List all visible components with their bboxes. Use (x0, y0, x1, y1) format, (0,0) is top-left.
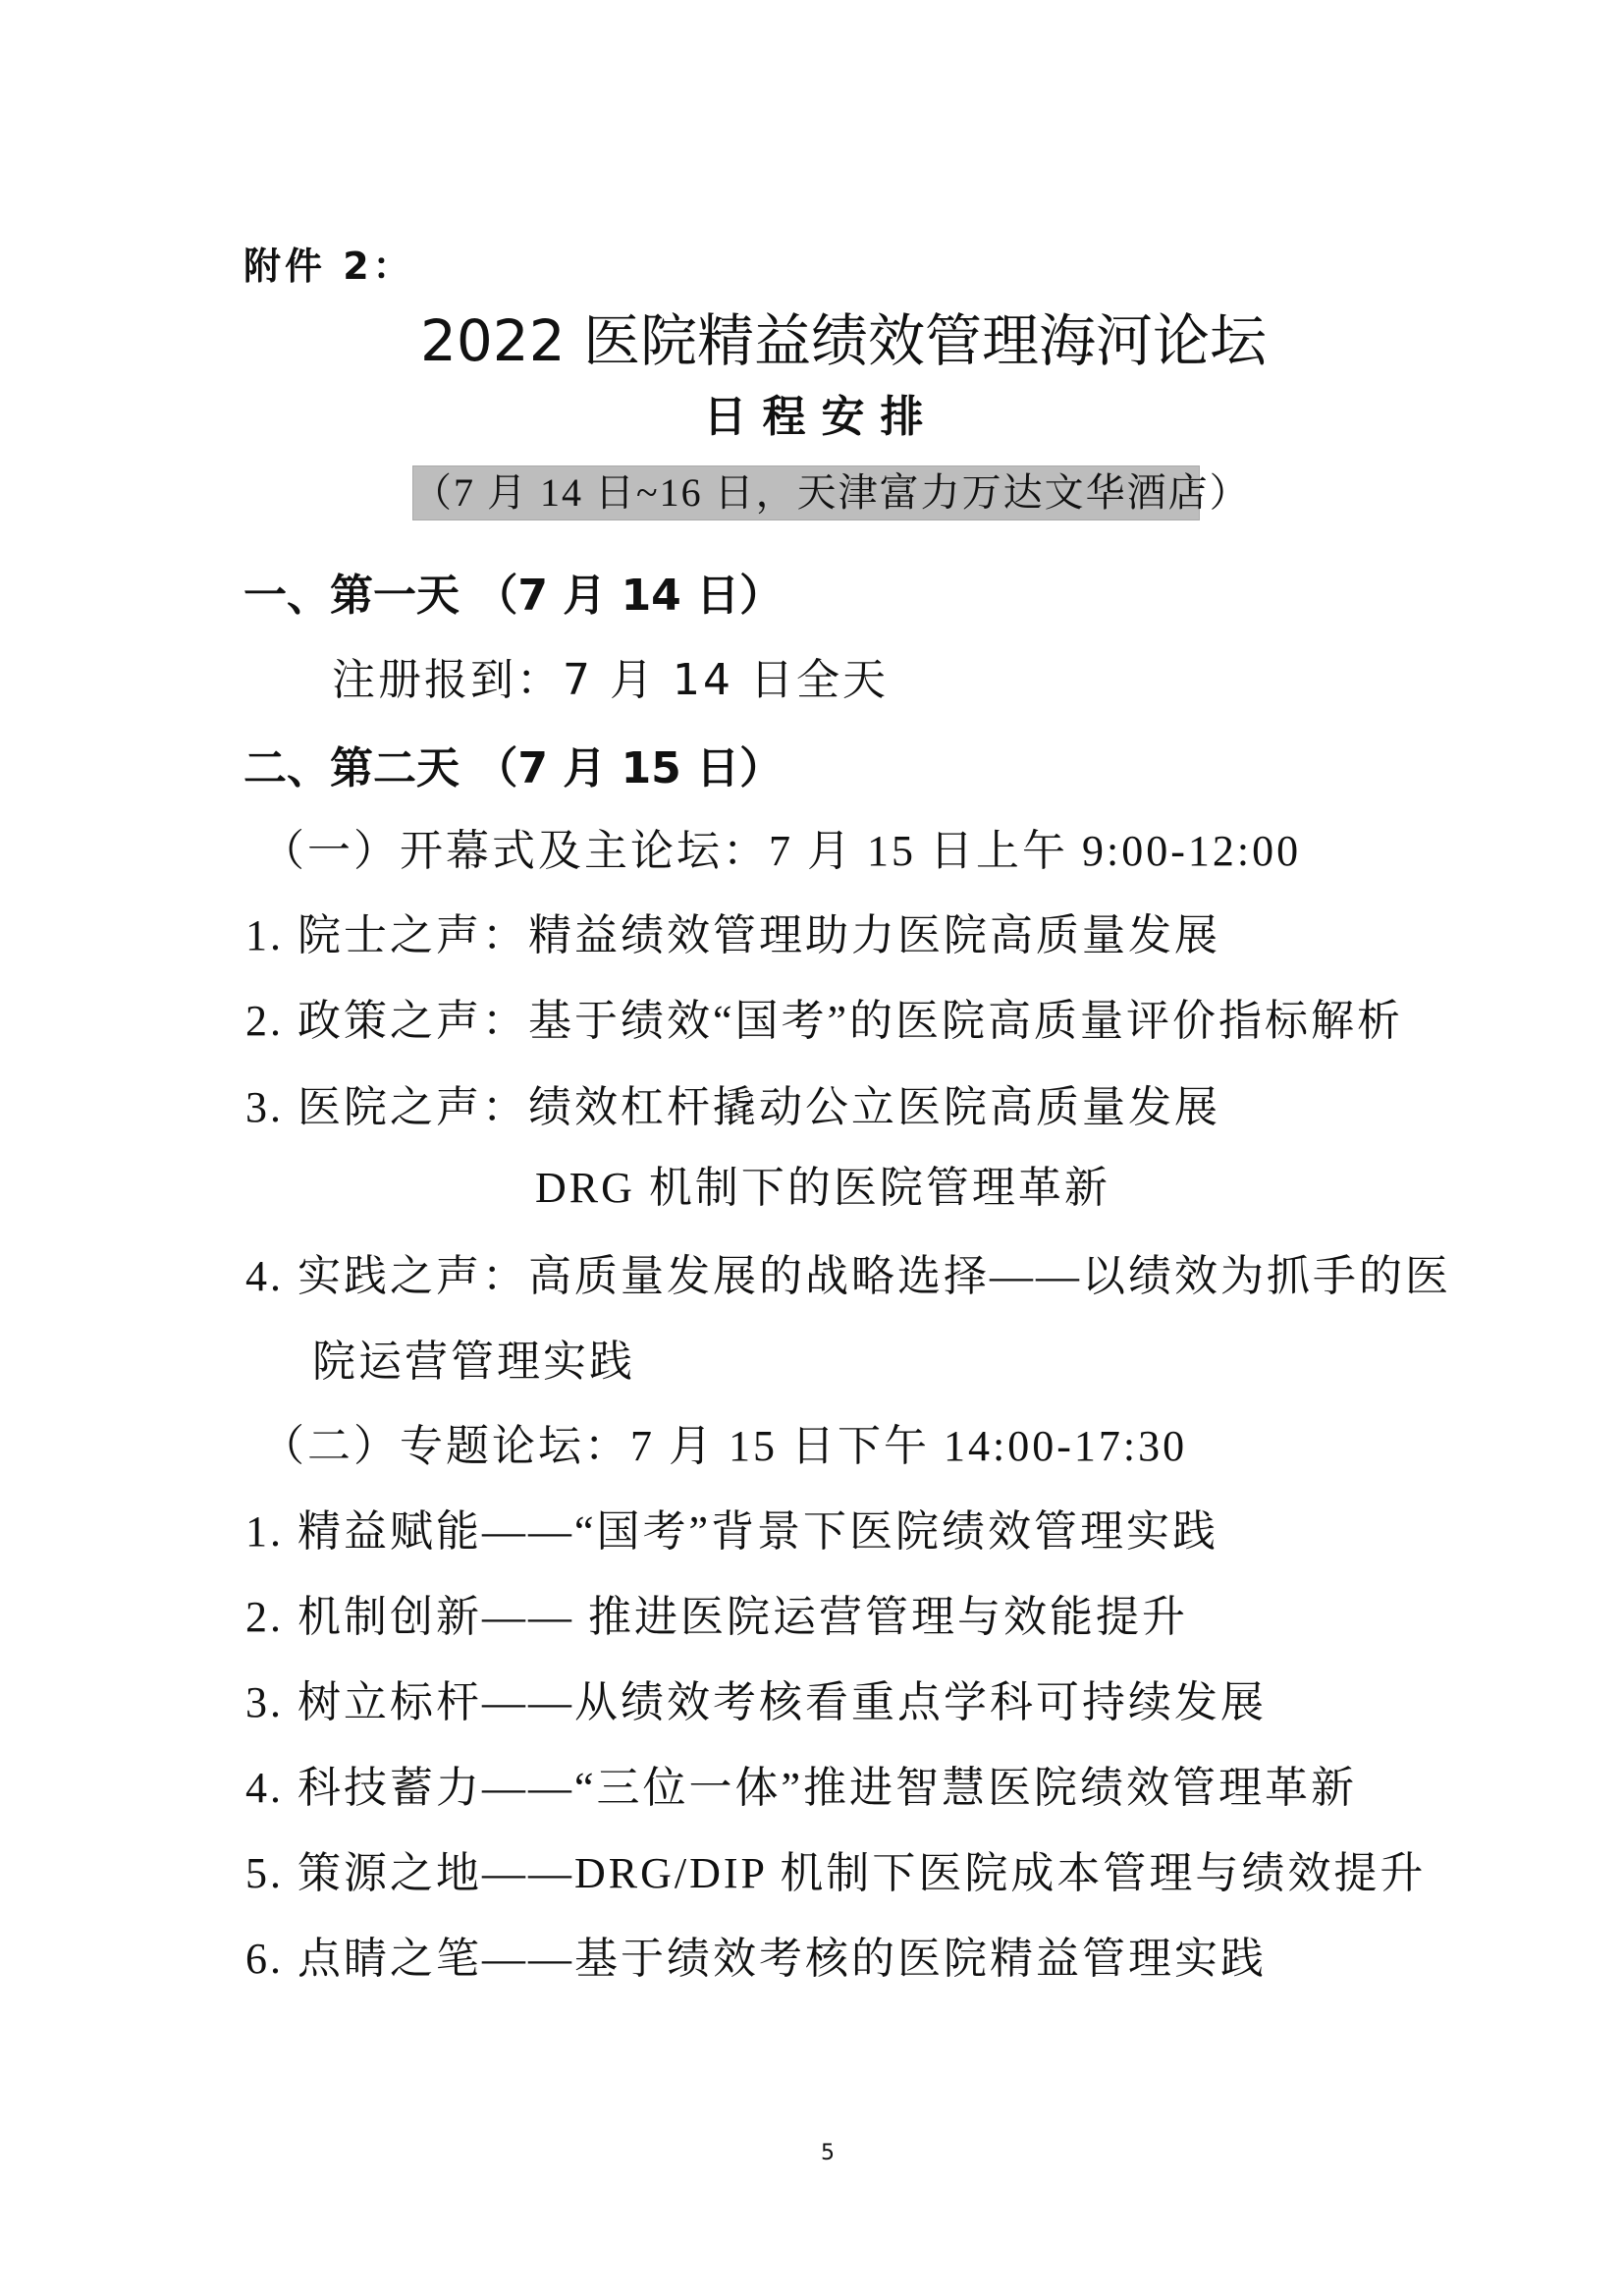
session1-item-3-continuation: DRG 机制下的医院管理革新 (535, 1152, 1110, 1215)
document-subtitle: 日程安排 (0, 381, 1623, 444)
document-title: 2022 医院精益绩效管理海河论坛 (420, 295, 1267, 377)
session1-item-3: 3. 医院之声：绩效杠杆撬动公立医院高质量发展 (245, 1071, 1220, 1134)
day1-heading: 一、第一天 （7 月 14 日） (243, 560, 783, 623)
session2-item-4: 4. 科技蓄力——“三位一体”推进智慧医院绩效管理革新 (245, 1752, 1357, 1815)
session2-item-2: 2. 机制创新—— 推进医院运营管理与效能提升 (245, 1581, 1188, 1644)
attachment-label: 附件 2： (243, 236, 414, 290)
session1-item-4-continuation: 院运营管理实践 (312, 1326, 635, 1389)
session2-item-3: 3. 树立标杆——从绩效考核看重点学科可持续发展 (245, 1667, 1267, 1729)
day2-heading: 二、第二天 （7 月 15 日） (243, 733, 783, 795)
session1-item-2: 2. 政策之声：基于绩效“国考”的医院高质量评价指标解析 (245, 985, 1403, 1048)
session2-item-5: 5. 策源之地——DRG/DIP 机制下医院成本管理与绩效提升 (245, 1837, 1426, 1900)
session1-item-1: 1. 院士之声：精益绩效管理助力医院高质量发展 (245, 900, 1220, 962)
page-number: 5 (821, 2141, 835, 2165)
session1-item-4: 4. 实践之声：高质量发展的战略选择——以绩效为抓手的医 (245, 1240, 1451, 1303)
session2-item-1: 1. 精益赋能——“国考”背景下医院绩效管理实践 (245, 1496, 1218, 1558)
session2-heading: （二）专题论坛：7 月 15 日下午 14:00-17:30 (261, 1410, 1187, 1473)
registration-line: 注册报到：7 月 14 日全天 (332, 644, 889, 707)
session2-item-6: 6. 点睛之笔——基于绩效考核的医院精益管理实践 (245, 1923, 1267, 1986)
session1-heading: （一）开幕式及主论坛：7 月 15 日上午 9:00-12:00 (261, 815, 1301, 878)
event-date-venue-banner: （7 月 14 日~16 日，天津富力万达文华酒店） (412, 465, 1200, 520)
